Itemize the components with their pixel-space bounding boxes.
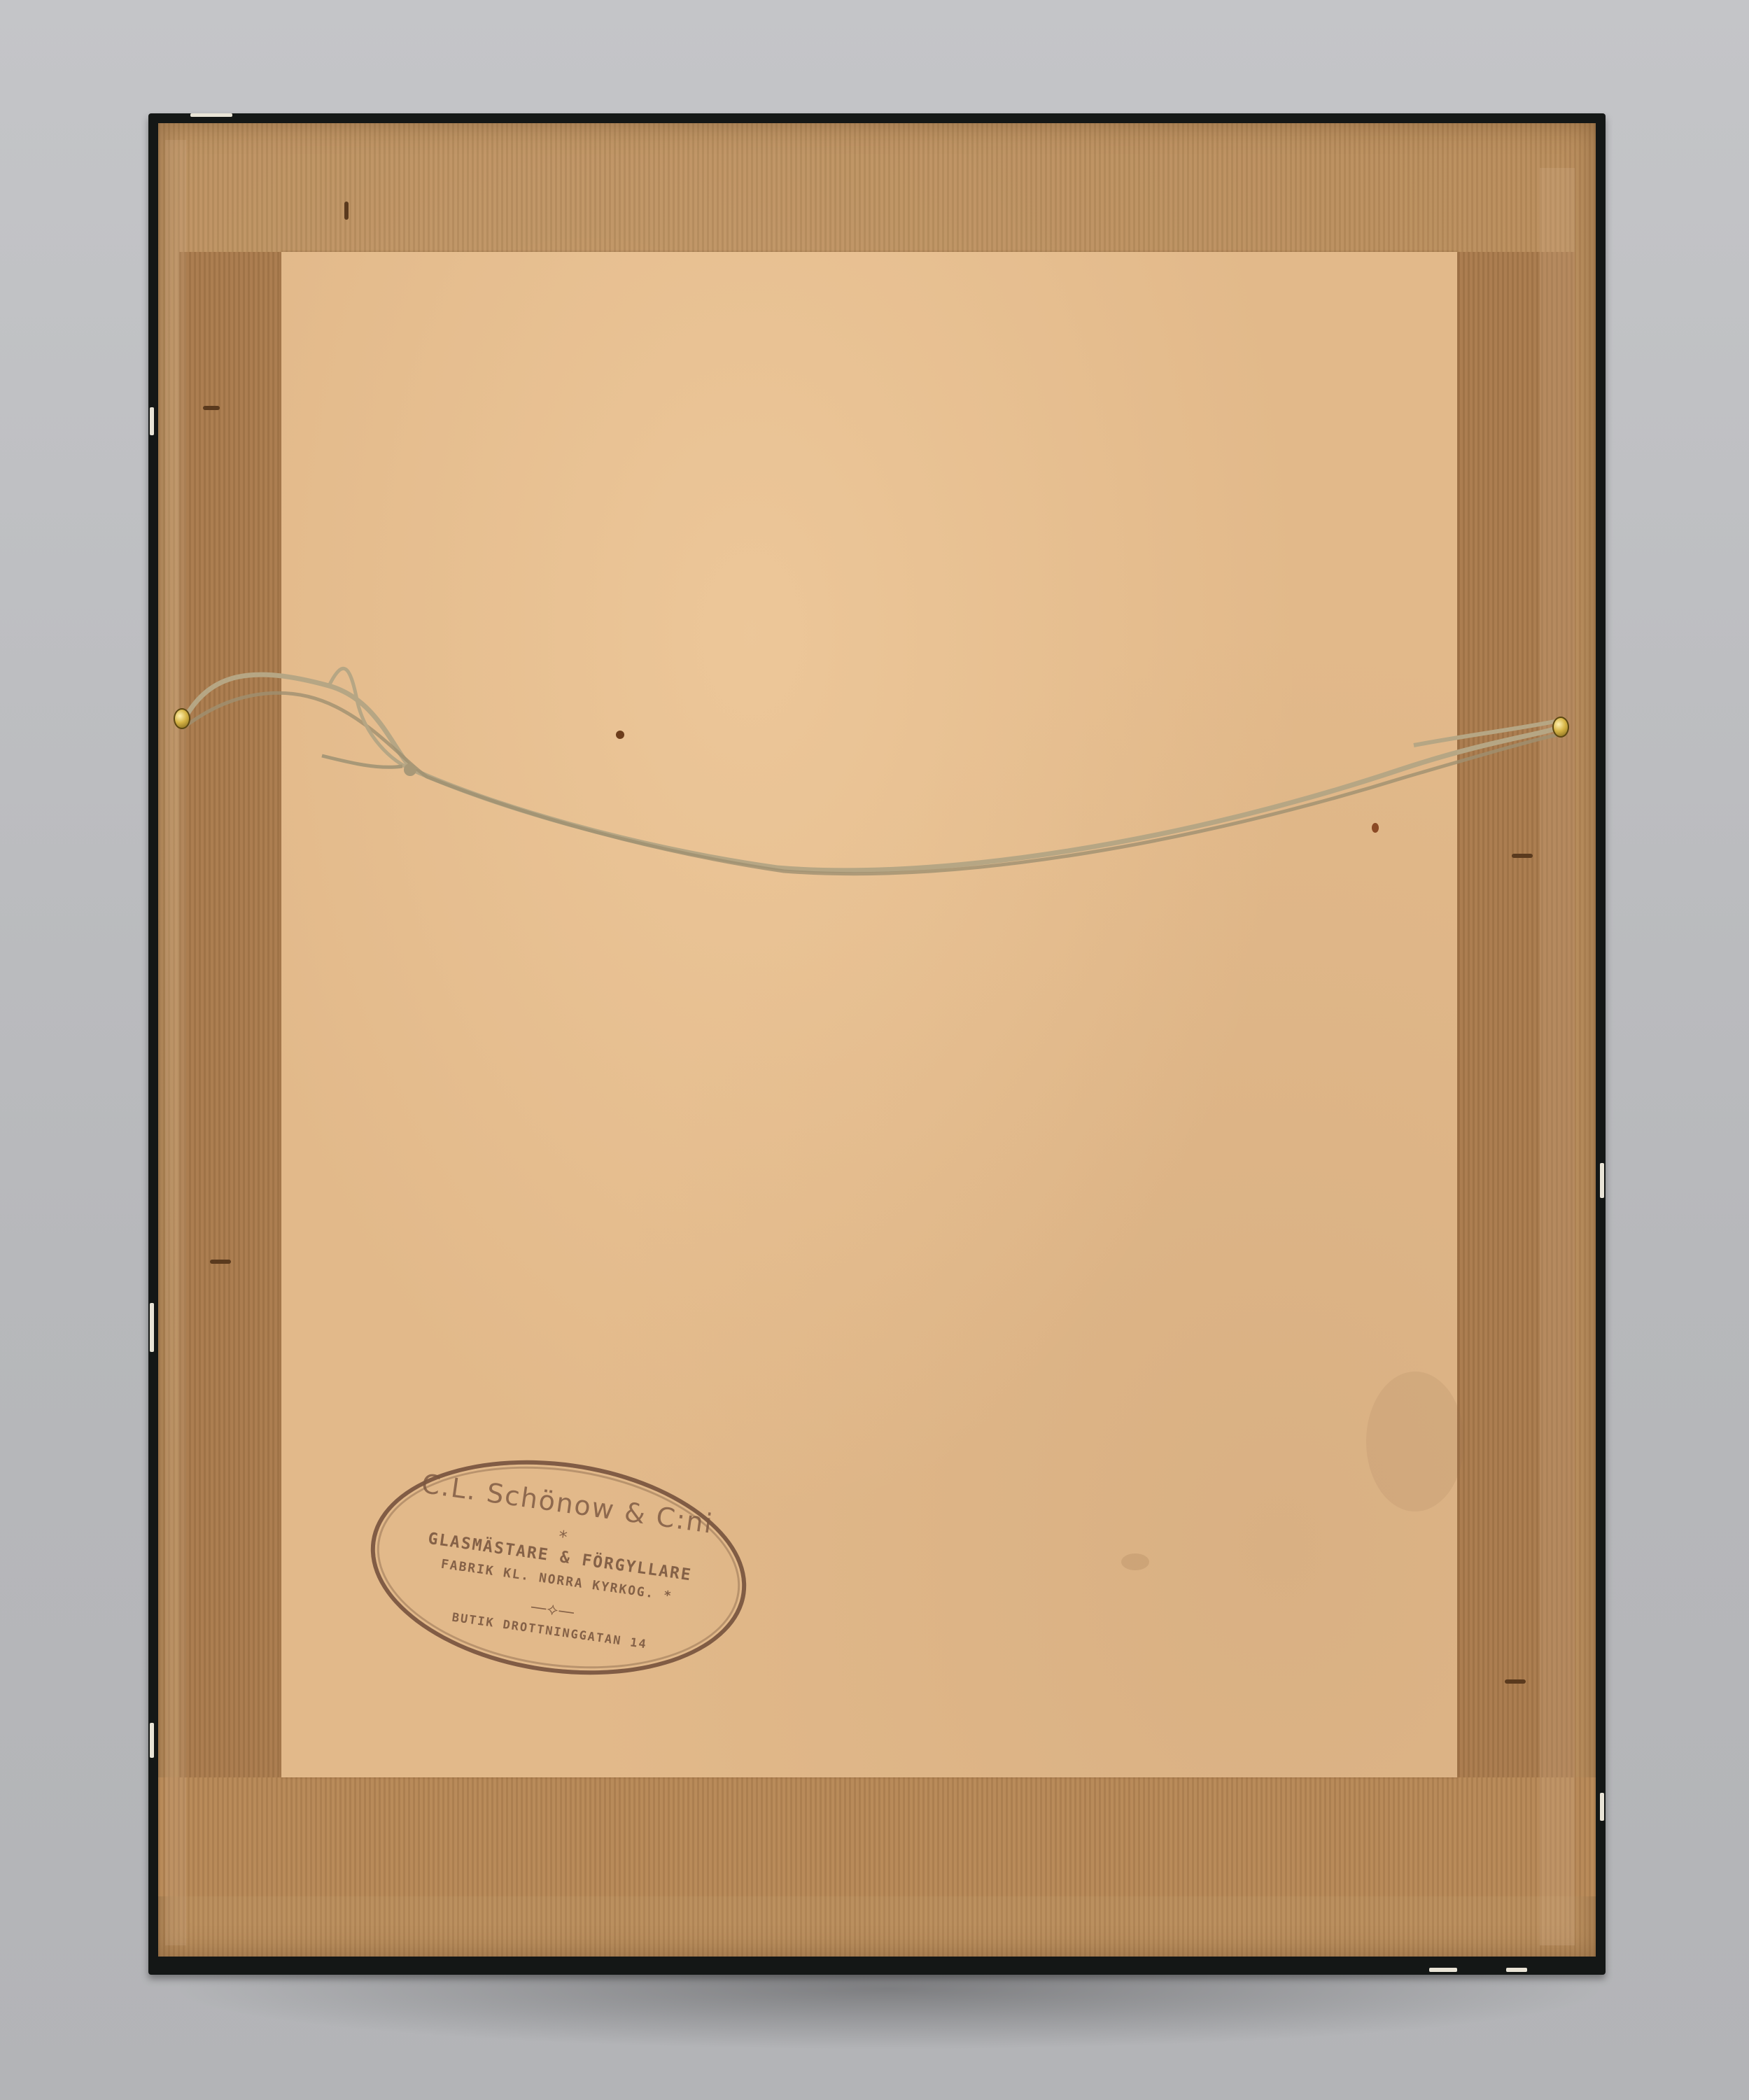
- hanging-twine: [0, 0, 1749, 2100]
- left-screw-eye: [174, 708, 190, 729]
- right-screw-eye: [1552, 717, 1569, 738]
